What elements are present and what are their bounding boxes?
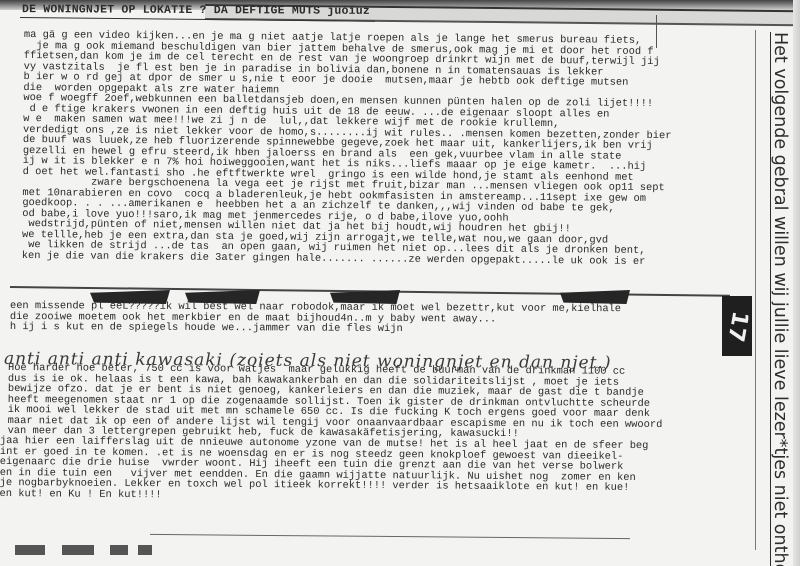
side-rule <box>755 30 756 550</box>
text-line: h ij i s kut en de spiegels houde we...j… <box>10 322 621 336</box>
end-rule <box>150 534 630 539</box>
page-title: DE WONINGNJET OP LOKATIE ? DA DEFTIGE MU… <box>22 3 370 18</box>
text-block-bottom: jaa hier een laifferslag uit de nnieuwe … <box>0 436 648 504</box>
page-number-badge: 17 <box>722 296 752 356</box>
text-block-kawasaki: Hoe harder hoe beter, 750 cc is voor wat… <box>8 363 663 440</box>
side-caption: Het volgende gebral willen wij jullie li… <box>760 32 790 562</box>
page-number: 17 <box>722 309 752 344</box>
scan-edge-right <box>793 0 800 566</box>
text-block-top: ma gä g een video kijken...en je ma g ni… <box>22 30 673 267</box>
text-block-middle: een missende pl eeL?????ik wil best wel … <box>10 301 621 336</box>
